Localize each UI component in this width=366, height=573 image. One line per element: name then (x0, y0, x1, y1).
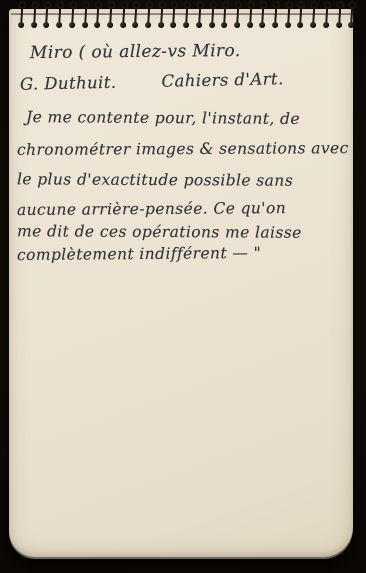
spiral-ring-icon (129, 1, 143, 31)
spiral-binding (0, 0, 366, 32)
note-line: Je me contente pour, l'instant, de (26, 108, 300, 128)
spiral-ring-icon (167, 1, 181, 31)
notebook-photo: Miro ( où allez-vs Miro. G. Duthuit. Cah… (0, 0, 366, 573)
spiral-ring-icon (345, 1, 359, 31)
note-line-title: Miro ( où allez-vs Miro. (30, 41, 241, 63)
spiral-ring-icon (256, 1, 270, 31)
spiral-ring-icon (142, 1, 156, 31)
spiral-ring-icon (53, 1, 67, 31)
handwritten-note: Miro ( où allez-vs Miro. G. Duthuit. Cah… (9, 9, 353, 557)
spiral-ring-icon (294, 1, 308, 31)
spiral-ring-icon (180, 1, 194, 31)
note-line-reference: G. Duthuit. Cahiers d'Art. (20, 69, 284, 94)
spiral-ring-icon (218, 1, 232, 31)
note-line: complètement indifférent — " (17, 244, 261, 264)
note-line: me dit de ces opérations me laisse (17, 222, 302, 241)
note-line: aucune arrière-pensée. Ce qu'on (17, 199, 286, 219)
notebook-page: Miro ( où allez-vs Miro. G. Duthuit. Cah… (9, 9, 353, 557)
spiral-ring-icon (320, 1, 334, 31)
spiral-ring-icon (231, 1, 245, 31)
spiral-ring-icon (104, 1, 118, 31)
spiral-ring-icon (307, 1, 321, 31)
note-line: le plus d'exactitude possible sans (17, 170, 293, 189)
spiral-ring-icon (193, 1, 207, 31)
spiral-ring-icon (15, 1, 29, 31)
spiral-ring-icon (91, 1, 105, 31)
spiral-ring-icon (40, 1, 54, 31)
spiral-ring-icon (66, 1, 80, 31)
spiral-ring-icon (269, 1, 283, 31)
note-line: chronométrer images & sensations avec (17, 139, 349, 159)
